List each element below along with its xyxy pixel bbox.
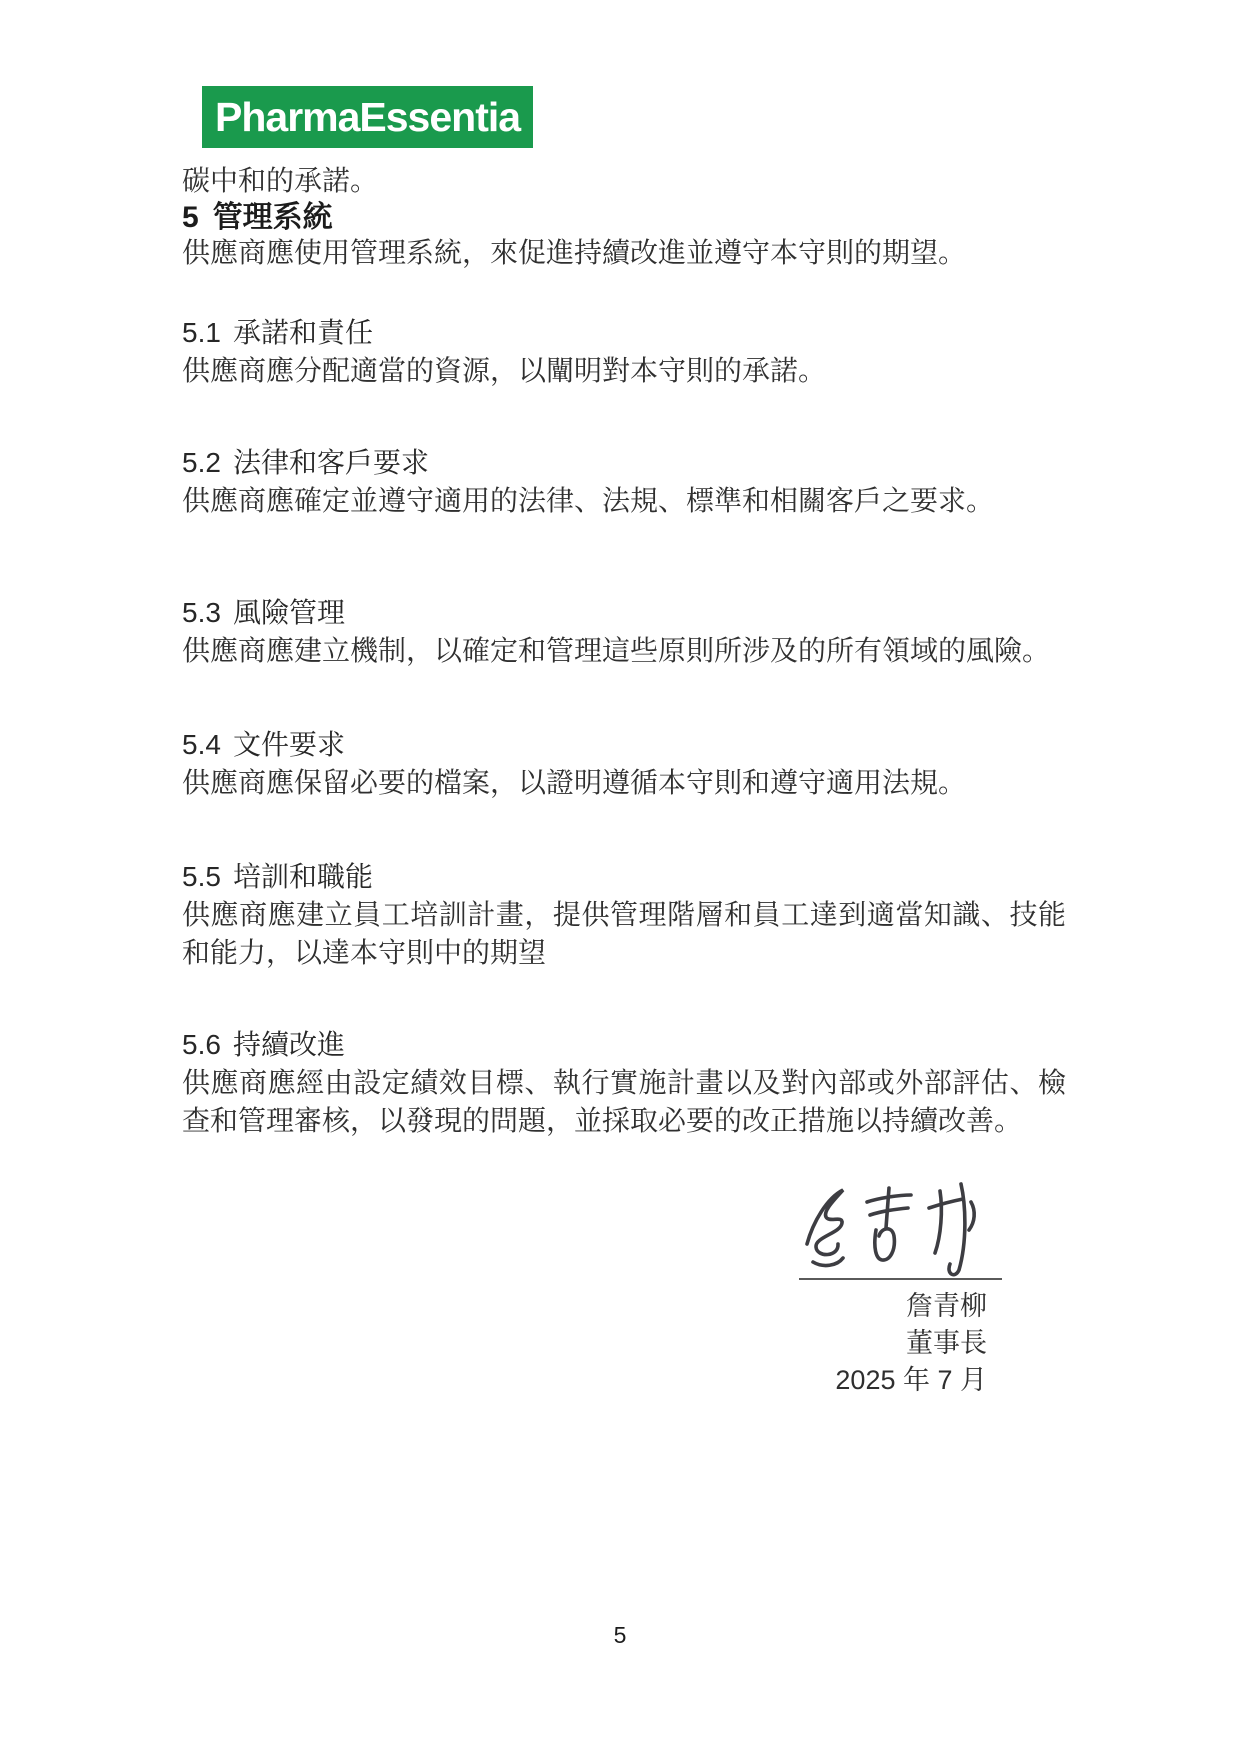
subsection-body: 供應商應確定並遵守適用的法律、法規、標準和相關客戶之要求。: [182, 482, 1066, 520]
subsection-body: 供應商應經由設定績效目標、執行實施計畫以及對內部或外部評估、檢查和管理審核，以發…: [182, 1064, 1066, 1140]
subsection-5-2: 5.2法律和客戶要求 供應商應確定並遵守適用的法律、法規、標準和相關客戶之要求。: [182, 444, 1066, 520]
subsection-number: 5.5: [182, 861, 221, 892]
subsection-heading: 5.1承諾和責任: [182, 314, 1066, 352]
signer-name: 詹青柳: [835, 1288, 987, 1325]
subsection-body: 供應商應保留必要的檔案，以證明遵循本守則和遵守適用法規。: [182, 764, 1066, 802]
signature-date: 2025 年 7 月: [835, 1362, 987, 1399]
subsection-title: 承諾和責任: [233, 317, 373, 348]
subsection-body: 供應商應建立機制，以確定和管理這些原則所涉及的所有領域的風險。: [182, 632, 1066, 670]
subsection-number: 5.4: [182, 729, 221, 760]
subsection-number: 5.1: [182, 317, 221, 348]
handwritten-signature-image: [793, 1178, 989, 1282]
subsection-number: 5.2: [182, 447, 221, 478]
subsection-title: 持續改進: [233, 1029, 345, 1060]
page-number: 5: [0, 1622, 1240, 1649]
subsection-heading: 5.4文件要求: [182, 726, 1066, 764]
subsection-number: 5.3: [182, 597, 221, 628]
subsection-title: 風險管理: [233, 597, 345, 628]
subsection-5-6: 5.6持續改進 供應商應經由設定績效目標、執行實施計畫以及對內部或外部評估、檢查…: [182, 1026, 1066, 1140]
document-page: PharmaEssentia 碳中和的承諾。 5管理系統 供應商應使用管理系統，…: [0, 0, 1240, 1754]
signature-underline: [799, 1278, 1002, 1280]
subsection-title: 文件要求: [233, 729, 345, 760]
subsection-5-3: 5.3風險管理 供應商應建立機制，以確定和管理這些原則所涉及的所有領域的風險。: [182, 594, 1066, 670]
subsections-container: 5.1承諾和責任 供應商應分配適當的資源，以闡明對本守則的承諾。 5.2法律和客…: [0, 0, 1240, 1754]
subsection-heading: 5.5培訓和職能: [182, 858, 1066, 896]
subsection-title: 培訓和職能: [233, 861, 373, 892]
subsection-title: 法律和客戶要求: [233, 447, 429, 478]
subsection-heading: 5.6持續改進: [182, 1026, 1066, 1064]
subsection-heading: 5.2法律和客戶要求: [182, 444, 1066, 482]
signer-title: 董事長: [835, 1325, 987, 1362]
subsection-5-4: 5.4文件要求 供應商應保留必要的檔案，以證明遵循本守則和遵守適用法規。: [182, 726, 1066, 802]
signature-block: 詹青柳 董事長 2025 年 7 月: [835, 1288, 987, 1399]
subsection-body: 供應商應分配適當的資源，以闡明對本守則的承諾。: [182, 352, 1066, 390]
subsection-number: 5.6: [182, 1029, 221, 1060]
subsection-heading: 5.3風險管理: [182, 594, 1066, 632]
subsection-5-5: 5.5培訓和職能 供應商應建立員工培訓計畫，提供管理階層和員工達到適當知識、技能…: [182, 858, 1066, 972]
subsection-5-1: 5.1承諾和責任 供應商應分配適當的資源，以闡明對本守則的承諾。: [182, 314, 1066, 390]
subsection-body: 供應商應建立員工培訓計畫，提供管理階層和員工達到適當知識、技能和能力，以達本守則…: [182, 896, 1066, 972]
